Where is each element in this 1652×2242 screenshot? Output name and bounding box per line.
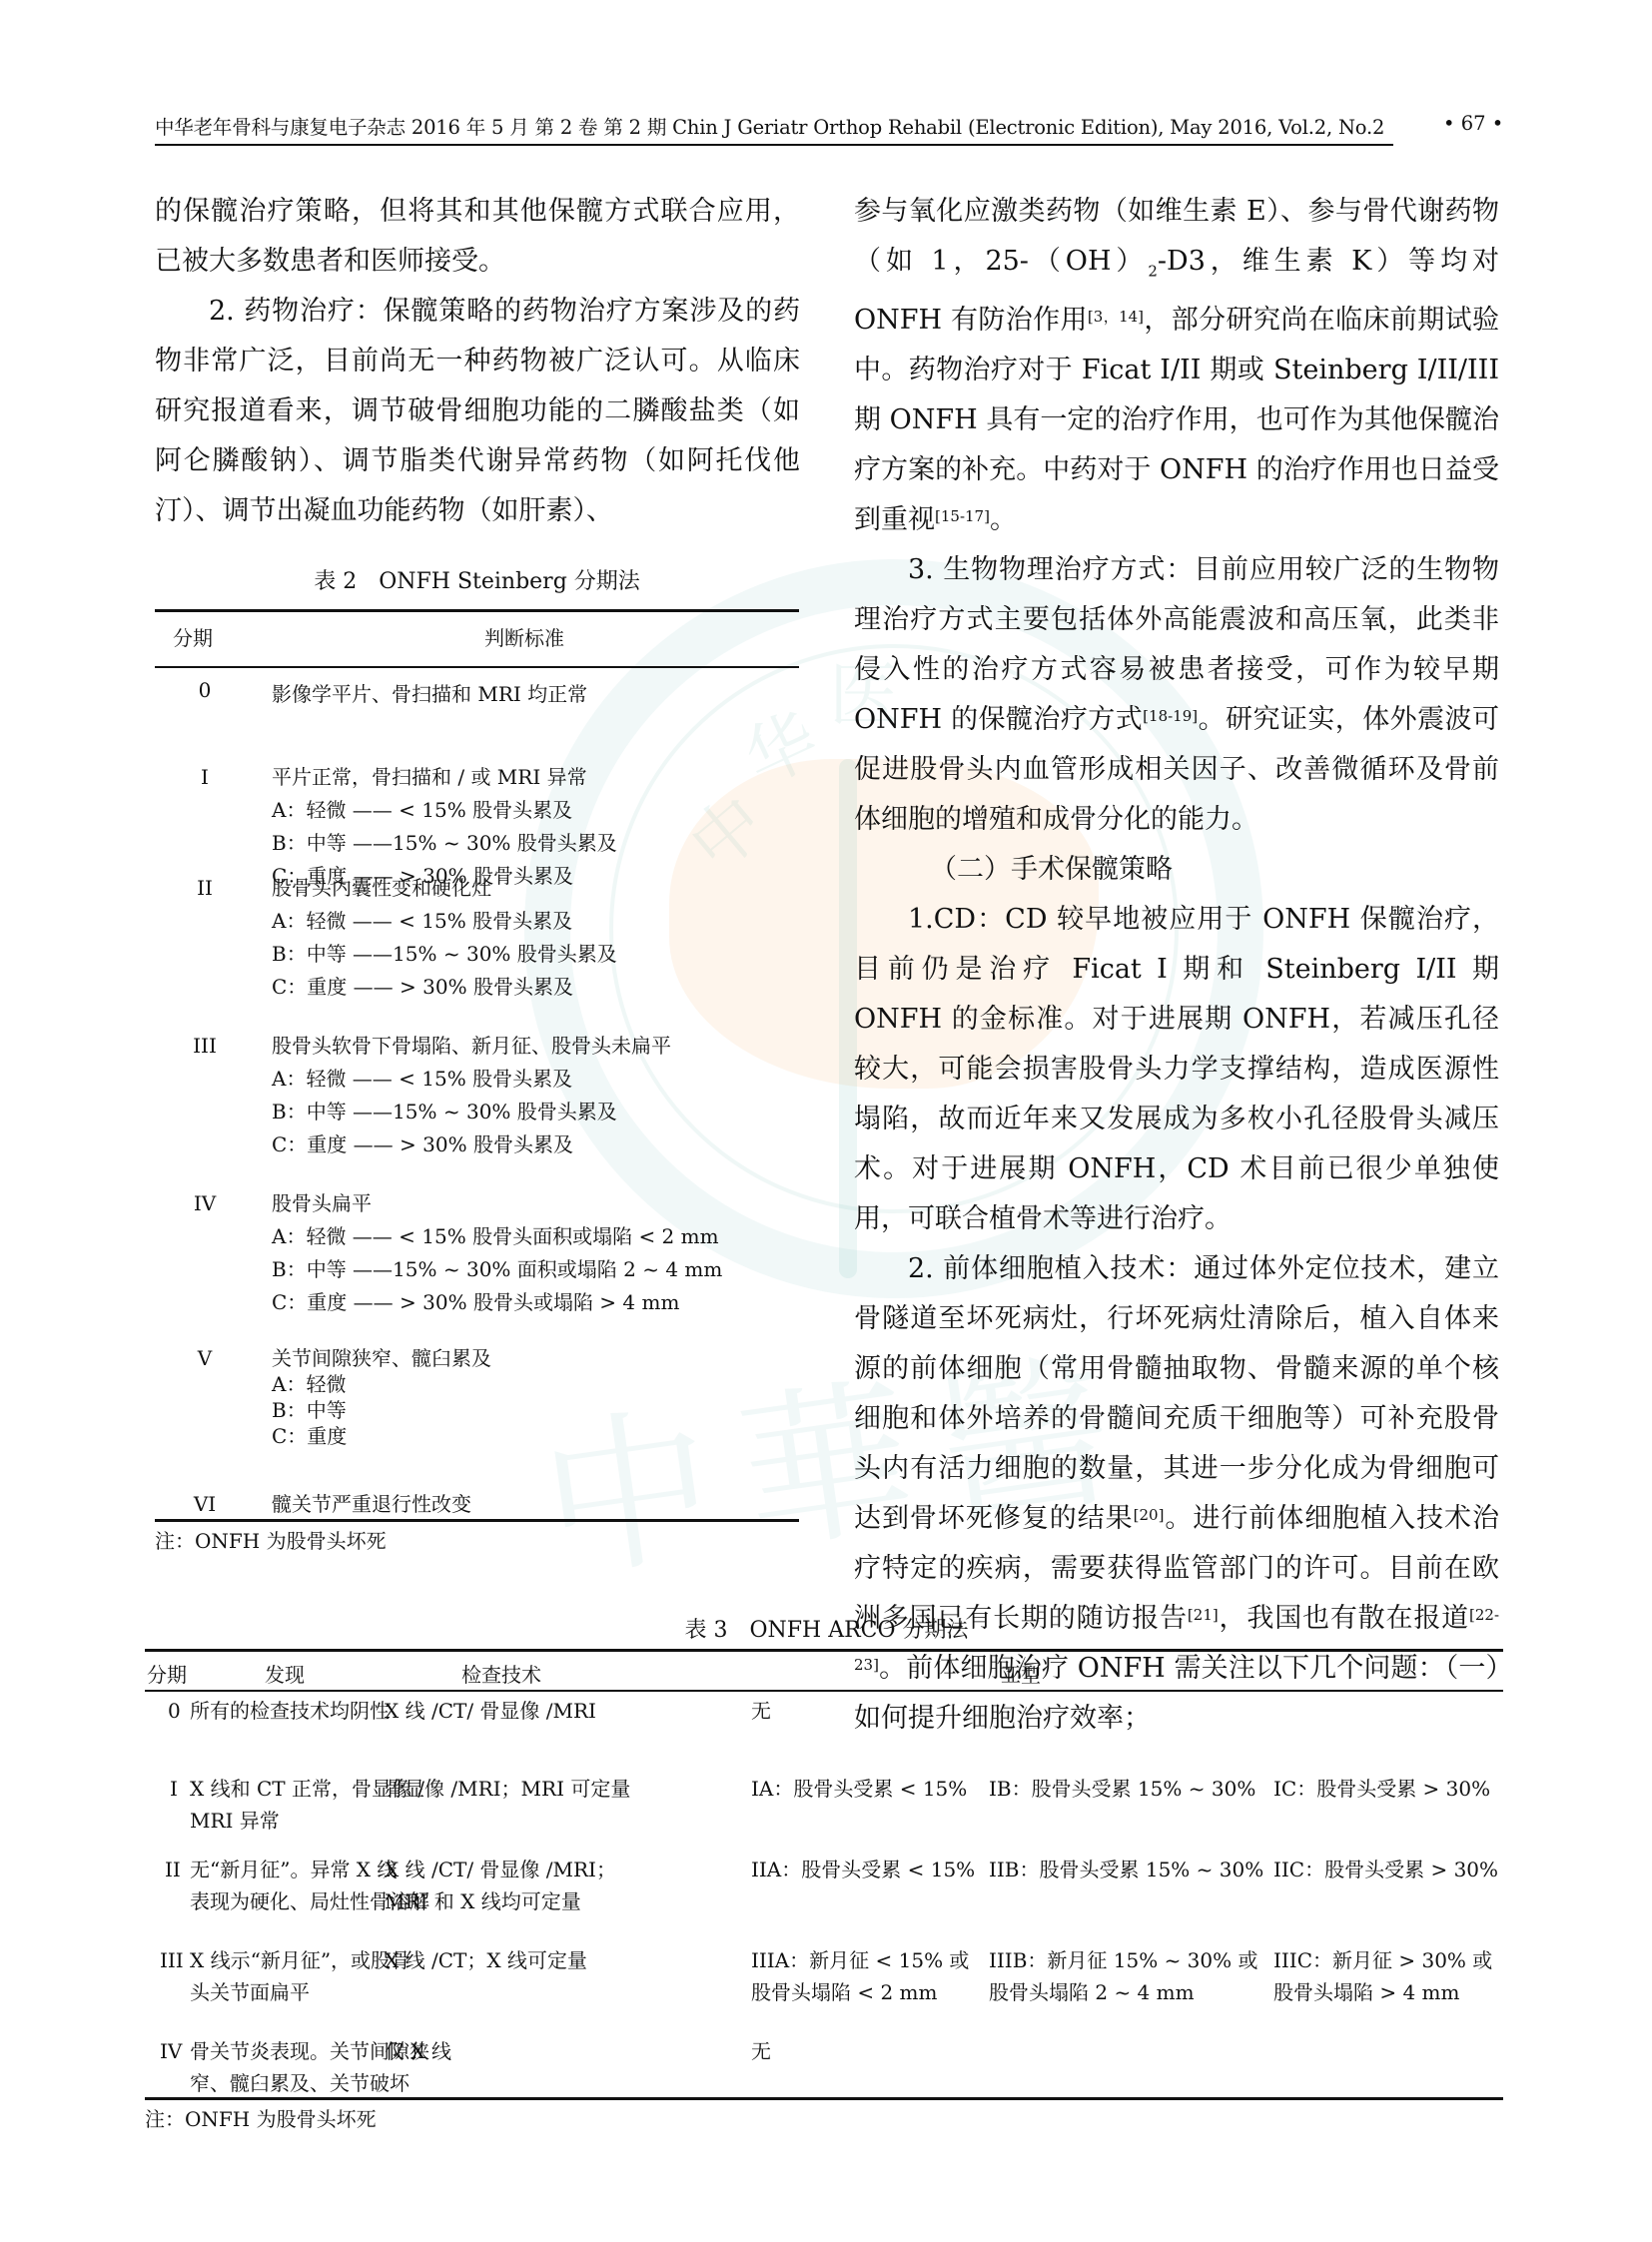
table3-header-rule [145, 1690, 1503, 1692]
table3-finding: 无“新月征”。异常 X 线 [190, 1854, 397, 1885]
table3-header-stage: 分期 [147, 1659, 187, 1688]
table3-subtype: IIB：股骨头受累 15% ~ 30% [989, 1854, 1263, 1885]
table2-criteria: B：中等 ——15% ~ 30% 股骨头累及 [272, 827, 617, 860]
right-column-text: 参与氧化应激类药物（如维生素 E）、参与骨代谢药物（如 1，25-（OH）2-D… [854, 187, 1499, 1744]
paragraph-drug-therapy: 2. 药物治疗：保髋策略的药物治疗方案涉及的药物非常广泛，目前尚无一种药物被广泛… [155, 287, 800, 536]
citation[interactable]: [15-17] [935, 507, 990, 525]
table2-criteria: C：重度 —— > 30% 股骨头或塌陷 > 4 mm [272, 1286, 679, 1319]
table2-stage: V [175, 1345, 235, 1371]
table2-bottom-rule [155, 1519, 799, 1522]
table3-subtype: IA：股骨头受累 < 15% [751, 1773, 967, 1805]
table2-criteria: 髋关节严重退行性改变 [272, 1489, 471, 1519]
table3-note: 注：ONFH 为股骨头坏死 [145, 2103, 377, 2132]
table3-header-technique: 检查技术 [461, 1659, 541, 1688]
table2-header-criteria: 判断标准 [484, 622, 564, 651]
watermark-char-1: 中 [665, 768, 784, 890]
citation[interactable]: [3，14] [1088, 308, 1144, 326]
table3-bottom-rule [145, 2097, 1503, 2100]
table3-subtype: IIIA：新月征 < 15% 或 [751, 1944, 969, 1976]
table3-stage: III [160, 1944, 184, 1976]
table3-subtype: IIA：股骨头受累 < 15% [751, 1854, 975, 1885]
running-header: 中华老年骨科与康复电子杂志 2016 年 5 月 第 2 卷 第 2 期 Chi… [155, 112, 1384, 140]
watermark-char-2: 华 [726, 684, 832, 805]
table2-criteria: 平片正常，骨扫描和 / 或 MRI 异常 [272, 761, 587, 794]
table2-criteria: A：轻微 —— < 15% 股骨头面积或塌陷 < 2 mm [272, 1220, 719, 1253]
page-number: • 67 • [1443, 112, 1503, 135]
table3-technique: X 线 /CT；X 线可定量 [385, 1944, 587, 1976]
table2-criteria: 关节间隙狭窄、髋臼累及 [272, 1345, 491, 1371]
table3-subtype: 股骨头塌陷 < 2 mm [751, 1976, 937, 2008]
table2-stage: II [175, 872, 235, 905]
table2-stage: IV [175, 1187, 235, 1220]
table2-criteria: B：中等 ——15% ~ 30% 股骨头累及 [272, 938, 617, 971]
table2-criteria: A：轻微 [272, 1371, 346, 1397]
table2-stage: III [175, 1030, 235, 1063]
table2-header-row: 分期 判断标准 [155, 616, 799, 656]
table3-header-subtype: 亚型 [1001, 1659, 1041, 1688]
paragraph-drug-continued: 参与氧化应激类药物（如维生素 E）、参与骨代谢药物（如 1，25-（OH）2-D… [854, 187, 1499, 545]
table3-stage: I [170, 1773, 178, 1805]
table2-criteria: B：中等 ——15% ~ 30% 股骨头累及 [272, 1096, 617, 1128]
table2-criteria: C：重度 [272, 1423, 347, 1449]
table2-criteria: A：轻微 —— < 15% 股骨头累及 [272, 794, 572, 827]
table2-caption: 表 2 ONFH Steinberg 分期法 [155, 564, 799, 595]
table2-stage: VI [175, 1489, 235, 1519]
paragraph-cd: 1.CD：CD 较早地被应用于 ONFH 保髋治疗，目前仍是治疗 Ficat I… [854, 895, 1499, 1244]
table3-technique: MRI 和 X 线均可定量 [385, 1885, 581, 1917]
table3-finding: X 线示“新月征”，或股骨 [190, 1944, 411, 1976]
header-rule [155, 144, 1393, 146]
table3-finding: 所有的检查技术均阴性 [190, 1695, 390, 1727]
table3-subtype: IIC：股骨头受累 > 30% [1273, 1854, 1498, 1885]
table3-stage: 0 [168, 1695, 181, 1727]
table2-criteria: 影像学平片、骨扫描和 MRI 均正常 [272, 678, 587, 711]
table3-finding: MRI 异常 [190, 1805, 280, 1837]
table2-criteria: 股骨头扁平 [272, 1187, 372, 1220]
table2-criteria: 股骨头软骨下骨塌陷、新月征、股骨头未扁平 [272, 1030, 671, 1063]
table2-criteria: A：轻微 —— < 15% 股骨头累及 [272, 1063, 572, 1096]
table2-criteria: B：中等 ——15% ~ 30% 面积或塌陷 2 ~ 4 mm [272, 1253, 722, 1286]
table3-finding: 头关节面扁平 [190, 1976, 310, 2008]
table3-subtype: IIIC：新月征 > 30% 或 [1273, 1944, 1492, 1976]
table3-stage: IV [160, 2035, 182, 2067]
table3-subtype: 无 [751, 2035, 771, 2067]
table2-stage: I [175, 761, 235, 794]
table3-caption: 表 3 ONFH ARCO 分期法 [155, 1613, 1498, 1644]
table2-criteria: C：重度 —— > 30% 股骨头累及 [272, 971, 573, 1004]
table3-header-row: 分期 发现 检查技术 亚型 [145, 1654, 1503, 1688]
table2-header-stage: 分期 [173, 622, 213, 651]
table3-subtype: IB：股骨头受累 15% ~ 30% [989, 1773, 1255, 1805]
table3-stage: II [165, 1854, 181, 1885]
table3-subtype: IIIB：新月征 15% ~ 30% 或 [989, 1944, 1258, 1976]
table2-criteria: 股骨头内囊性变和硬化灶 [272, 872, 491, 905]
table3-header-finding: 发现 [265, 1659, 305, 1688]
paragraph-biophysical: 3. 生物物理治疗方式：目前应用较广泛的生物物理治疗方式主要包括体外高能震波和高… [854, 545, 1499, 845]
table3-technique: X 线 /CT/ 骨显像 /MRI [385, 1695, 596, 1727]
table2-header-rule [155, 666, 799, 668]
table2-top-rule [155, 609, 799, 612]
table3-top-rule [145, 1649, 1503, 1652]
table3-subtype: 无 [751, 1695, 771, 1727]
table2-note: 注：ONFH 为股骨头坏死 [155, 1525, 387, 1554]
table2-stage: 0 [175, 655, 235, 725]
table2-criteria: C：重度 —— > 30% 股骨头累及 [272, 1128, 573, 1161]
left-column-text: 的保髋治疗策略，但将其和其他保髋方式联合应用，已被大多数患者和医师接受。 2. … [155, 187, 800, 536]
citation[interactable]: [18-19] [1143, 707, 1198, 725]
table3-subtype: IC：股骨头受累 > 30% [1273, 1773, 1490, 1805]
table3-technique: 仅 X 线 [385, 2035, 451, 2067]
citation[interactable]: [20] [1134, 1506, 1165, 1524]
paragraph: 的保髋治疗策略，但将其和其他保髋方式联合应用，已被大多数患者和医师接受。 [155, 187, 800, 287]
table3-finding: 窄、髋臼累及、关节破坏 [190, 2067, 410, 2099]
section-heading: （二）手术保髋策略 [854, 845, 1499, 895]
table3-subtype: 股骨头塌陷 2 ~ 4 mm [989, 1976, 1195, 2008]
table3-technique: X 线 /CT/ 骨显像 /MRI； [385, 1854, 616, 1885]
table2-criteria: B：中等 [272, 1397, 347, 1423]
table3-technique: 骨显像 /MRI；MRI 可定量 [385, 1773, 630, 1805]
table3-subtype: 股骨头塌陷 > 4 mm [1273, 1976, 1459, 2008]
table2-criteria: A：轻微 —— < 15% 股骨头累及 [272, 905, 572, 938]
